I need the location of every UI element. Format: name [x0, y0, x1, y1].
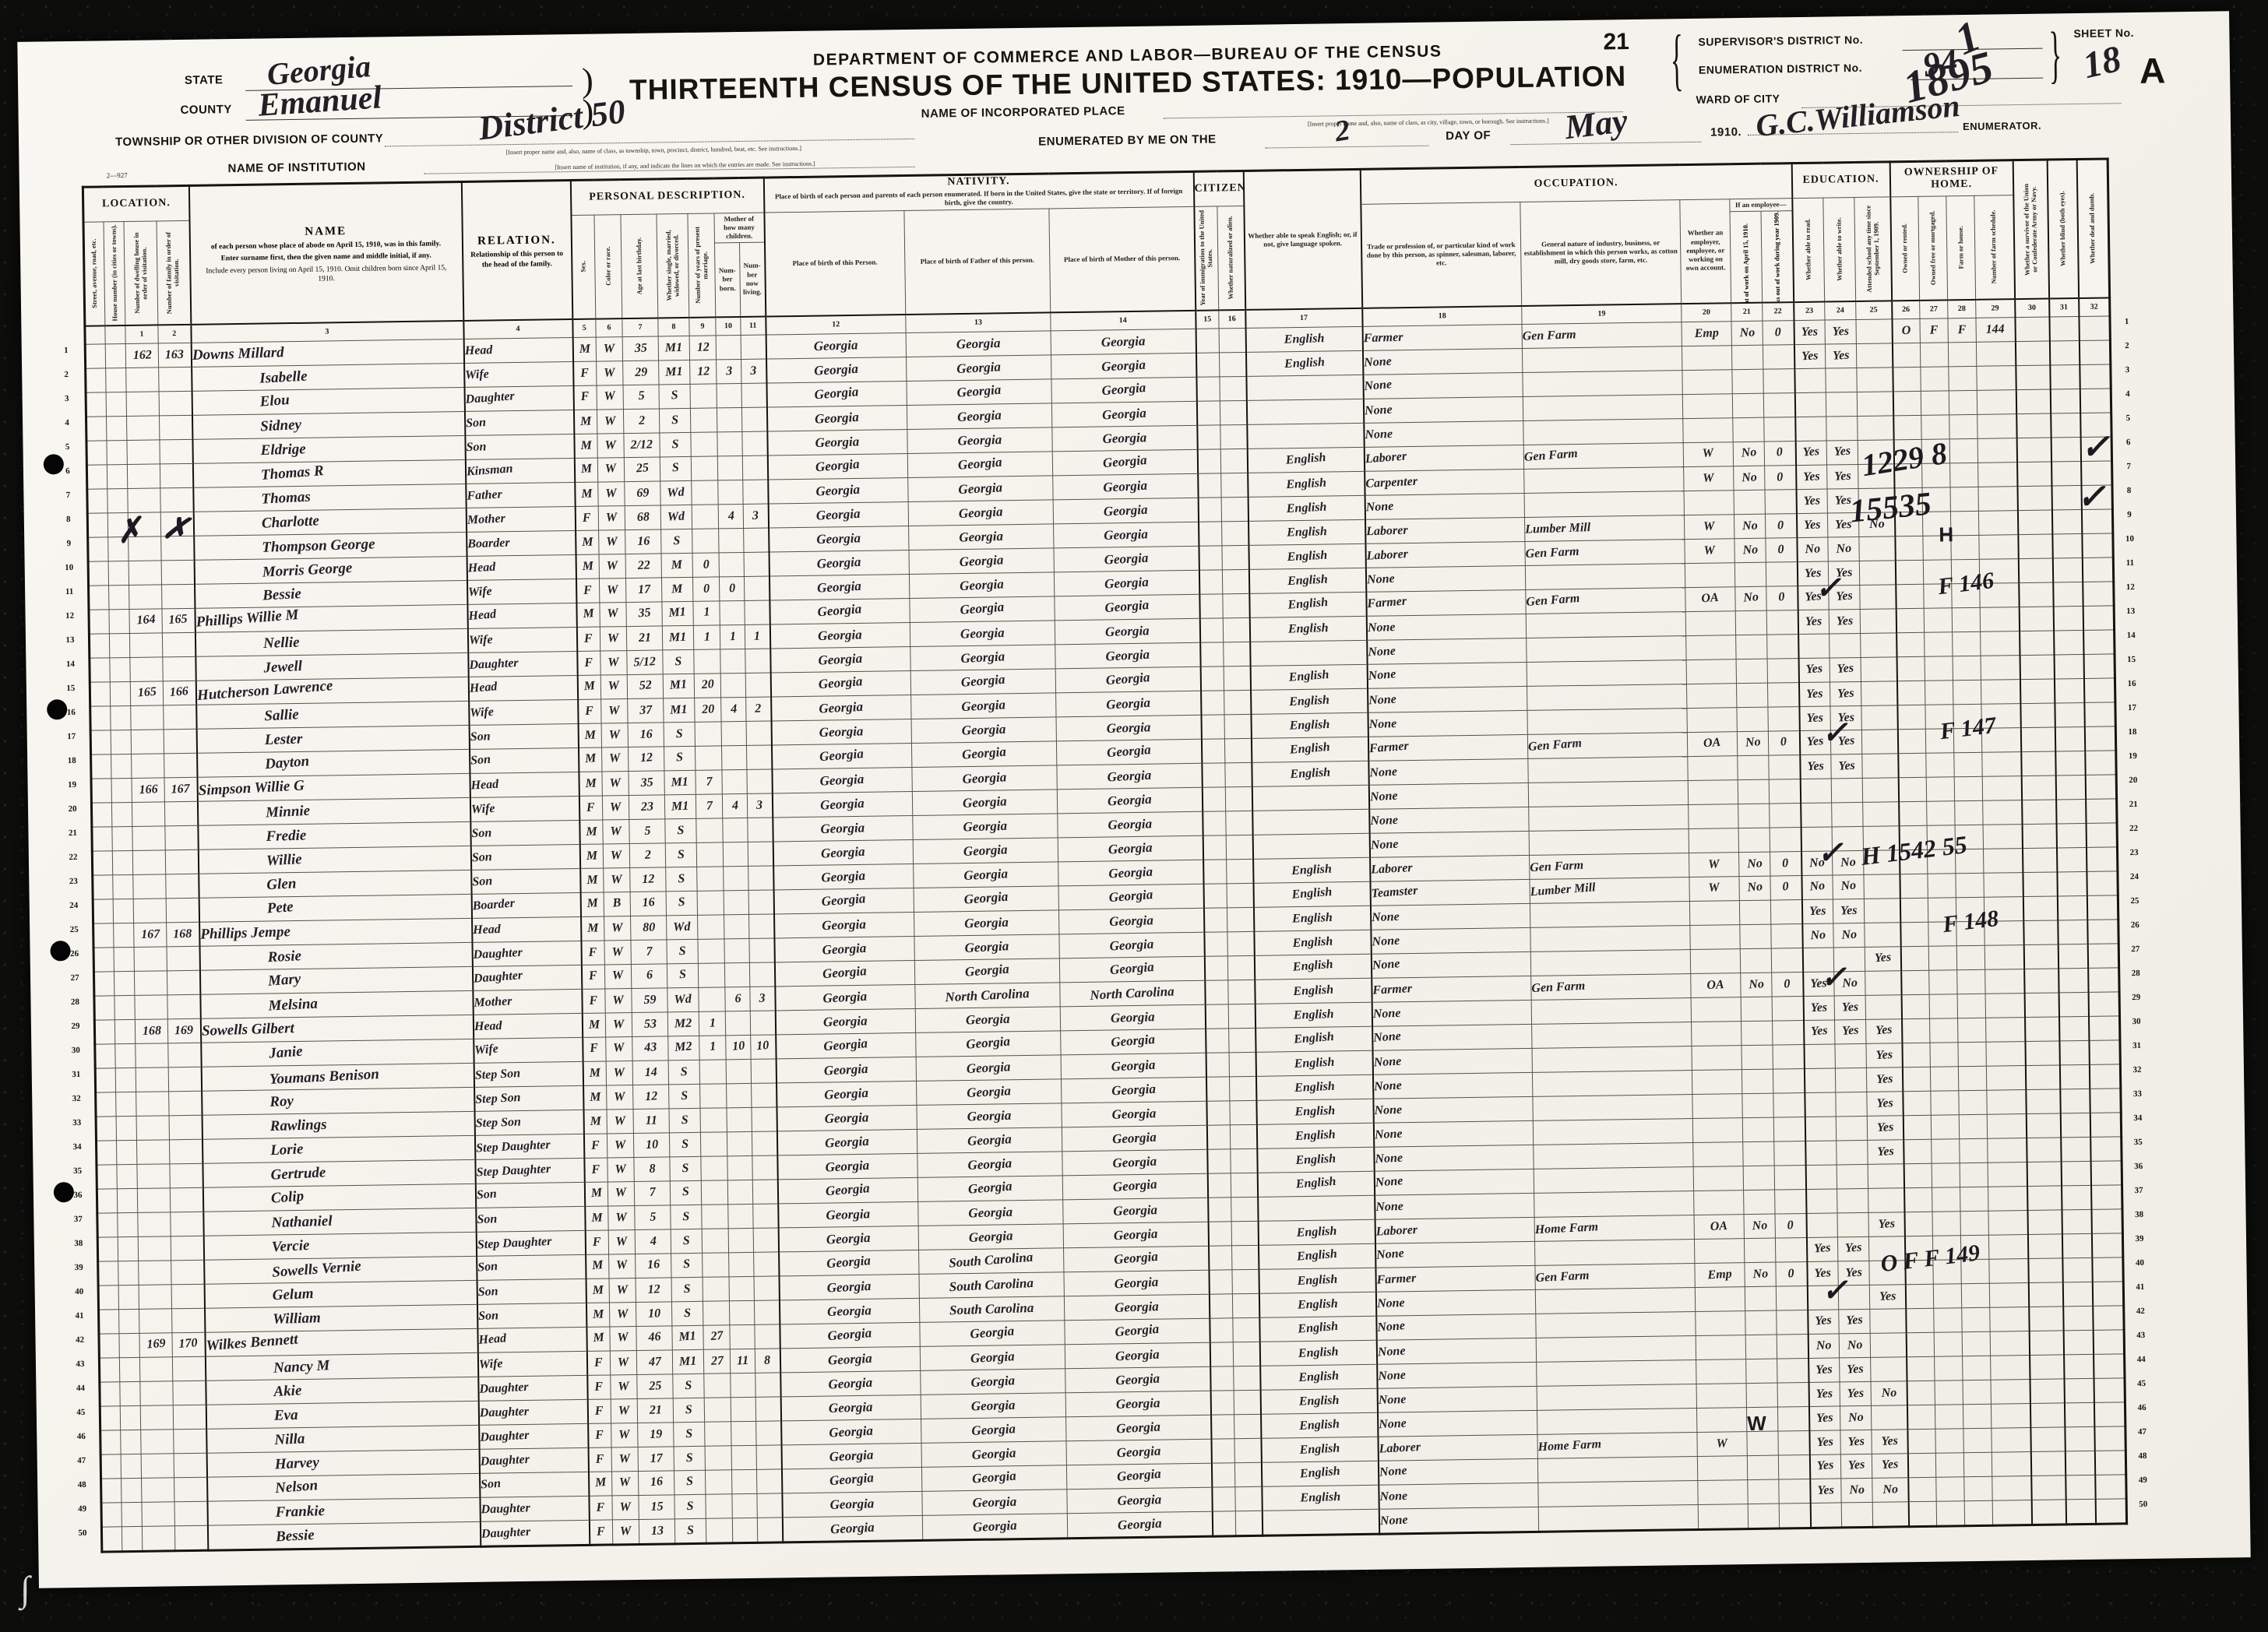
cell-fh: [1963, 1452, 1992, 1476]
cell-cl: [742, 431, 767, 455]
cell-ow: No: [1734, 538, 1766, 563]
cell-col: W: [599, 529, 625, 554]
cell-name: Simpson Willie G: [197, 773, 470, 801]
free-mortgaged-label: Owned free or mort­gaged.: [1928, 210, 1937, 285]
cell-rd: [1800, 778, 1831, 803]
cell-yrs: 0: [692, 552, 719, 576]
cell-fm: [1925, 680, 1953, 704]
cell-emp: W: [1685, 514, 1734, 539]
cell-na: [1220, 448, 1247, 473]
line-number: 7: [2117, 455, 2140, 479]
cell-wr: [1836, 1116, 1867, 1141]
cell-age: 68: [625, 505, 660, 529]
cell-name: Elou: [192, 387, 464, 415]
county-label: COUNTY: [180, 103, 232, 117]
cell-emp: [1698, 1504, 1748, 1529]
cell-hn: [114, 995, 135, 1019]
cell-pob: Georgia: [767, 453, 907, 480]
cell-dw: [126, 415, 159, 440]
line-number: 27: [2124, 937, 2147, 962]
cell-bl: [2050, 389, 2080, 413]
cell-sv: [2027, 1209, 2062, 1234]
cell-fam: 163: [158, 343, 191, 368]
cell-bl: [2057, 895, 2087, 920]
cell-rel: Wife: [477, 1351, 586, 1377]
cell-emp: [1696, 1310, 1745, 1335]
cell-col: W: [601, 723, 628, 747]
cell-trade: None: [1372, 1048, 1532, 1075]
cell-name: Thomas: [193, 484, 466, 512]
cell-cb: [723, 842, 748, 866]
cell-df: [2092, 1257, 2123, 1282]
cell-mar: S: [674, 1446, 705, 1471]
cell-oh: [1900, 946, 1928, 970]
cell-st: [90, 681, 110, 705]
cell-pob: Georgia: [768, 501, 908, 528]
cell-fh: [1962, 1331, 1990, 1356]
cell-sv: [2025, 1016, 2059, 1041]
cell-name: Jewell: [195, 652, 468, 681]
cell-ind: Lumber Mill: [1530, 877, 1689, 903]
cell-fh: [1949, 366, 1977, 390]
cell-ow: No: [1739, 876, 1770, 901]
cell-st: [99, 1309, 119, 1333]
cell-ind: [1530, 949, 1690, 976]
cell-oh: [1897, 729, 1925, 753]
cell-mar: S: [671, 1277, 703, 1302]
cell-hn: [120, 1405, 140, 1430]
cell-eng: English: [1248, 519, 1365, 545]
cell-ow: No: [1734, 514, 1766, 539]
cell-trade: Farmer: [1368, 734, 1527, 761]
cell-cb: [722, 769, 747, 793]
cell-na: [1231, 1148, 1257, 1173]
cell-wk: [1765, 489, 1796, 514]
cell-dw: [136, 1139, 169, 1164]
cell-wr: [1831, 778, 1862, 803]
cell-cb: 6: [725, 987, 750, 1011]
line-number: 27: [63, 966, 86, 990]
col-head-dwelling: Number of dwelling house in order of vis…: [124, 220, 158, 325]
cell-sex: F: [573, 361, 597, 385]
cell-hn: [119, 1309, 139, 1333]
cell-hn: [121, 1502, 142, 1526]
cell-sn: [1977, 438, 2016, 463]
cell-wr: Yes: [1830, 657, 1861, 682]
cell-wr: [1826, 368, 1857, 392]
cell-pob: Georgia: [777, 1081, 917, 1107]
line-number: 44: [2129, 1348, 2153, 1372]
cell-fam: [168, 1043, 201, 1067]
cell-eng: [1246, 399, 1363, 424]
cell-wr: [1826, 416, 1858, 441]
cell-emp: OA: [1691, 973, 1741, 997]
cell-name: Phillips Willie M: [195, 604, 467, 632]
cell-col: W: [600, 626, 626, 650]
cell-age: 10: [636, 1301, 671, 1326]
cell-fam: [171, 1260, 204, 1285]
cell-emp: [1689, 900, 1739, 925]
cell-fh: [1951, 511, 1979, 535]
cell-oh: [1904, 1187, 1932, 1212]
district-brace: {: [1670, 23, 1684, 100]
cell-ow: [1738, 779, 1769, 804]
cell-pm: Georgia: [1051, 329, 1196, 355]
handwritten-annotation: ✓: [1822, 1271, 1848, 1308]
enumerated-month: May: [1562, 100, 1629, 147]
cell-ow: No: [1739, 852, 1770, 877]
cell-cl: [755, 1324, 780, 1348]
cell-ind: [1531, 997, 1691, 1024]
cell-ow: [1745, 1335, 1777, 1359]
cell-rel: Step Son: [474, 1061, 583, 1087]
cell-ind: [1527, 684, 1687, 710]
cell-mar: S: [671, 1301, 703, 1326]
cell-sch: [1865, 970, 1901, 995]
cell-sv: [2018, 558, 2052, 583]
cell-fm: [1933, 1283, 1961, 1307]
cell-pm: Georgia: [1056, 715, 1201, 741]
cell-sch: Yes: [1866, 1043, 1902, 1067]
cell-ind: Gen Farm: [1522, 322, 1682, 348]
cell-mar: S: [670, 1156, 701, 1181]
cell-sn: [1979, 510, 2018, 535]
cell-ow: No: [1744, 1214, 1775, 1239]
cell-df: [2093, 1329, 2124, 1354]
cell-name: Nathaniel: [203, 1208, 476, 1236]
cell-age: 7: [631, 939, 667, 964]
cell-bl: [2056, 799, 2086, 824]
cell-bl: [2054, 630, 2083, 655]
cell-sn: 144: [1976, 317, 2015, 342]
cell-name: Colip: [202, 1184, 475, 1212]
cell-df: [2095, 1474, 2126, 1499]
cell-rd: Yes: [1810, 1478, 1841, 1503]
cell-rel: Daughter: [472, 965, 581, 990]
line-number: 42: [68, 1328, 91, 1352]
cell-pf: Georgia: [920, 1344, 1065, 1370]
cell-mar: S: [674, 1518, 706, 1544]
cell-trade: None: [1371, 951, 1530, 978]
cell-na: [1234, 1438, 1261, 1462]
cell-wr: [1837, 1188, 1868, 1213]
cell-name: Nelson: [207, 1473, 480, 1501]
cell-ow: [1748, 1479, 1779, 1504]
cell-pm: Georgia: [1054, 522, 1199, 548]
cell-name: Eva: [206, 1401, 478, 1429]
cell-fam: [174, 1453, 206, 1478]
cell-wr: [1826, 392, 1857, 417]
cell-sch: [1872, 1405, 1907, 1430]
cell-st: [92, 850, 112, 874]
cell-wk: [1778, 1406, 1809, 1431]
cell-ind: Gen Farm: [1526, 587, 1685, 614]
cell-hn: [118, 1285, 139, 1309]
cell-dw: [126, 391, 159, 416]
cell-rd: [1804, 1067, 1835, 1092]
cell-pm: Georgia: [1052, 449, 1197, 476]
cell-yi: [1211, 1462, 1234, 1486]
cell-st: [90, 730, 111, 754]
cell-pm: Georgia: [1055, 618, 1199, 645]
cell-dw: [142, 1477, 174, 1502]
cell-name: Hutcherson Lawrence: [195, 677, 468, 705]
cell-mar: M1: [662, 625, 693, 650]
cell-emp: W: [1684, 466, 1734, 491]
cell-yrs: [692, 480, 718, 504]
cell-cl: [753, 1203, 778, 1227]
cell-sn: [1992, 1403, 2030, 1428]
line-number: 28: [63, 990, 86, 1015]
cell-df: [2090, 1112, 2121, 1137]
cell-dw: [133, 898, 166, 923]
cell-dw: [138, 1212, 171, 1236]
handwritten-annotation: ✗: [160, 508, 191, 548]
cell-hn: [119, 1357, 139, 1381]
cell-pf: Georgia: [908, 499, 1053, 526]
cell-st: [99, 1333, 119, 1357]
cell-eng: English: [1257, 1147, 1374, 1173]
cell-sch: Yes: [1866, 1067, 1902, 1092]
section-education: EDUCATION.: [1791, 162, 1890, 198]
cell-pob: Georgia: [769, 598, 910, 624]
cell-age: 16: [636, 1253, 671, 1278]
cell-sex: M: [580, 892, 604, 916]
cell-rel: Son: [475, 1182, 584, 1208]
cell-ind: Home Farm: [1537, 1432, 1697, 1458]
cell-pm: Georgia: [1066, 1415, 1211, 1441]
cell-pf: Georgia: [913, 813, 1058, 839]
cell-cl: [744, 528, 769, 552]
line-number: 36: [2126, 1155, 2150, 1179]
cell-sn: [1988, 1162, 2027, 1187]
housenum-label: House number (in cities or towns).: [110, 224, 119, 321]
cell-mar: M: [661, 553, 692, 578]
cell-df: [2085, 750, 2116, 775]
line-number: 28: [2124, 962, 2147, 986]
cell-wr: No: [1828, 536, 1859, 561]
cell-emp: W: [1683, 441, 1733, 466]
cell-col: W: [609, 1254, 636, 1278]
cell-fam: 165: [162, 608, 195, 633]
employer-label: Whether an employer, employee, or workin…: [1681, 227, 1731, 275]
cell-fm: [1927, 800, 1955, 825]
cell-age: 14: [632, 1060, 668, 1085]
cell-hn: [105, 343, 125, 368]
cell-trade: None: [1374, 1145, 1534, 1171]
cell-sex: M: [583, 1109, 607, 1133]
cell-pm: Georgia: [1052, 425, 1197, 452]
cell-dw: [127, 439, 160, 464]
cell-age: 5/12: [627, 649, 663, 674]
cell-yrs: [700, 1131, 727, 1155]
cell-ind: Gen Farm: [1523, 442, 1683, 469]
cell-pm: Georgia: [1062, 1125, 1206, 1152]
cell-rel: Wife: [470, 796, 579, 821]
cell-pf: Georgia: [920, 1320, 1065, 1346]
col-number-4: 4: [463, 319, 572, 339]
cell-st: [100, 1381, 120, 1405]
section-nativity: NATIVITY. Place of birth of each person …: [763, 171, 1194, 212]
line-number: 23: [62, 870, 85, 894]
cell-fh: F: [1948, 318, 1976, 342]
cell-wr: [1837, 1164, 1868, 1189]
cell-sex: M: [586, 1278, 609, 1302]
cell-ow: [1738, 804, 1770, 828]
cell-yi: [1212, 1486, 1235, 1511]
cell-cl: 3: [743, 504, 768, 528]
cell-df: [2084, 702, 2115, 726]
handwritten-annotation: ✓: [1822, 714, 1848, 751]
cell-dw: [129, 584, 162, 609]
cell-sn: [1979, 534, 2018, 559]
cell-oh: [1902, 1018, 1930, 1043]
cell-oh: [1900, 922, 1928, 946]
cell-fh: [1959, 1114, 1987, 1138]
cell-sn: [1990, 1331, 2029, 1356]
cell-bl: [2055, 751, 2085, 776]
cell-age: 2: [623, 408, 659, 433]
cell-name: Bessie: [207, 1521, 480, 1550]
cell-mar: S: [669, 1084, 700, 1109]
cell-bl: [2058, 944, 2087, 969]
cell-df: [2090, 1160, 2122, 1185]
cell-sch: [1859, 560, 1895, 585]
cell-sv: [2023, 944, 2058, 969]
cell-wr: No: [1841, 1478, 1872, 1503]
cell-rel: Son: [464, 410, 573, 435]
cell-fam: [164, 705, 196, 730]
cell-sch: [1857, 391, 1893, 416]
cell-wr: Yes: [1840, 1430, 1872, 1454]
cell-ind: [1538, 1480, 1698, 1507]
cell-bl: [2054, 654, 2083, 679]
cell-ind: [1534, 1166, 1693, 1193]
cell-sch: [1861, 681, 1897, 705]
line-number: 23: [2122, 841, 2146, 865]
cell-cl: [752, 1082, 777, 1106]
cell-eng: English: [1253, 857, 1370, 883]
cell-mar: S: [669, 1132, 700, 1157]
cell-rd: Yes: [1800, 754, 1831, 779]
cell-sv: [2028, 1233, 2062, 1258]
cell-ow: [1740, 948, 1771, 973]
line-number: 33: [65, 1111, 88, 1135]
cell-cb: [721, 721, 746, 745]
cell-sex: M: [575, 482, 598, 506]
cell-wk: [1771, 948, 1802, 973]
cell-fam: [166, 874, 199, 899]
cell-rel: Son: [480, 1472, 589, 1497]
cell-eng: English: [1261, 1461, 1378, 1486]
cell-cl: [752, 1131, 777, 1155]
line-number: 48: [70, 1473, 93, 1497]
cell-na: [1229, 1028, 1255, 1052]
cell-ind: [1533, 1118, 1692, 1145]
cell-cl: [756, 1468, 781, 1493]
cell-dw: 165: [130, 681, 163, 705]
cell-ind: [1537, 1359, 1696, 1386]
cell-pf: South Carolina: [919, 1296, 1064, 1322]
cell-df: [2080, 339, 2111, 364]
cell-col: W: [605, 988, 632, 1012]
cell-trade: None: [1377, 1362, 1537, 1388]
section-ownership: OWNERSHIP OF HOME.: [1889, 160, 2013, 197]
col-head-farm-house: Farm or house.: [1946, 195, 1976, 300]
cell-eng: English: [1248, 543, 1365, 569]
cell-fh: [1963, 1428, 1992, 1452]
cell-cl: [754, 1300, 779, 1324]
cell-bl: [2058, 968, 2088, 993]
blind-label: Whether blind (both eyes).: [2058, 192, 2067, 267]
cell-fh: [1964, 1476, 1992, 1500]
cell-dw: 162: [125, 343, 158, 368]
cell-eng: English: [1250, 664, 1367, 690]
cell-trade: None: [1368, 686, 1527, 712]
cell-col: W: [597, 433, 624, 457]
cell-wk: [1772, 996, 1803, 1021]
cell-mar: S: [671, 1253, 703, 1278]
cell-dw: 164: [129, 608, 162, 633]
cell-eng: English: [1248, 495, 1365, 521]
line-number: 25: [2123, 889, 2146, 913]
cell-eng: English: [1258, 1219, 1375, 1245]
cell-dw: [139, 1308, 172, 1333]
handwritten-annotation: ✓: [1815, 569, 1841, 606]
cell-sex: M: [583, 1060, 606, 1085]
cell-rel: Step Daughter: [475, 1158, 584, 1184]
cell-bl: [2050, 340, 2080, 365]
cell-wk: 0: [1768, 730, 1799, 755]
cell-col: W: [608, 1205, 635, 1229]
cell-age: 16: [628, 722, 664, 747]
cell-yi: [1196, 400, 1220, 424]
cell-cl: 8: [755, 1348, 780, 1372]
cell-fm: [1932, 1211, 1960, 1235]
cell-sex: F: [587, 1374, 611, 1398]
cell-trade: None: [1369, 831, 1529, 857]
cell-fh: [1953, 656, 1981, 680]
col-head-write: Whether able to write.: [1823, 197, 1856, 301]
cell-pob: Georgia: [778, 1201, 918, 1228]
cell-dw: [129, 632, 162, 657]
line-number: 34: [2126, 1106, 2150, 1131]
cell-wk: [1773, 1020, 1804, 1045]
cell-wr: No: [1833, 923, 1865, 948]
cell-trade: None: [1377, 1386, 1537, 1412]
cell-fam: 167: [164, 777, 197, 802]
cell-dw: [131, 729, 164, 754]
cell-pob: Georgia: [773, 888, 914, 914]
col-head-mother-children: Mother of how many children. Num­ber bor…: [714, 213, 766, 317]
cell-wk: [1771, 923, 1802, 948]
cell-name: Minnie: [197, 797, 470, 825]
cell-ow: [1739, 900, 1770, 925]
col-number-14: 14: [1051, 310, 1196, 330]
cell-dw: [141, 1429, 174, 1454]
cell-mar: M1: [672, 1325, 703, 1350]
cell-fm: [1921, 390, 1949, 414]
cell-eng: [1247, 423, 1364, 448]
cell-st: [86, 368, 106, 392]
section-location: LOCATION.: [83, 185, 189, 221]
cell-cl: [756, 1444, 781, 1468]
cell-cb: [724, 866, 748, 890]
cell-sex: F: [588, 1423, 611, 1447]
cell-st: [85, 343, 105, 368]
cell-wr: Yes: [1829, 609, 1860, 634]
cell-rd: [1806, 1188, 1837, 1213]
